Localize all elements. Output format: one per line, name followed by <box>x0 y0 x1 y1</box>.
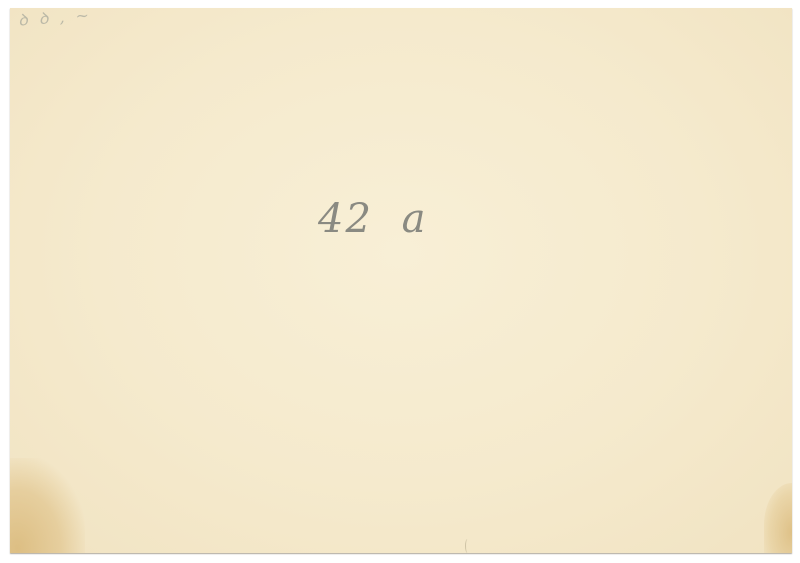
paper-crease <box>465 539 470 553</box>
bottom-left-stain <box>10 458 85 553</box>
handwritten-label: 42 a <box>318 196 427 242</box>
bottom-right-stain <box>764 483 792 553</box>
corner-pencil-marks: ꝺ ꝺ , ~ <box>17 3 92 30</box>
paper-sheet: ꝺ ꝺ , ~ 42 a <box>10 8 792 553</box>
